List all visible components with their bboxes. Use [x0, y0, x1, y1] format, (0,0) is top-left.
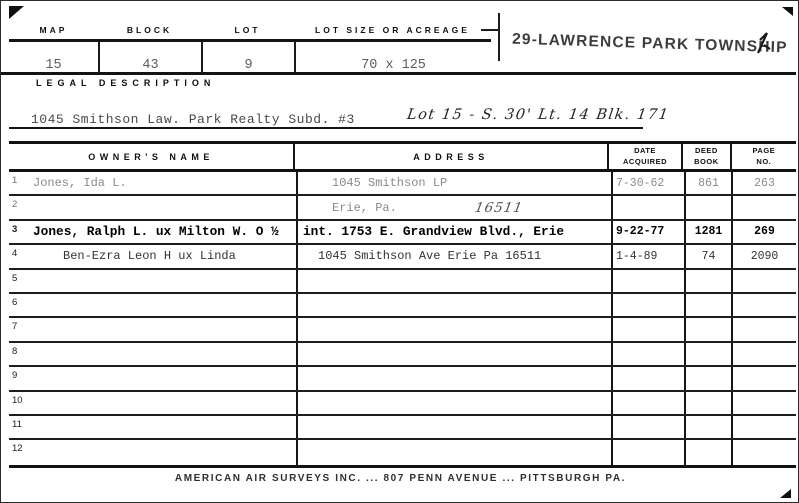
row-number: 12 — [9, 440, 31, 464]
date-acquired-cell — [611, 343, 684, 365]
date-acquired-cell — [611, 270, 684, 292]
legal-description-typed: 1045 Smithson Law. Park Realty Subd. #3 — [31, 112, 355, 127]
address-cell — [296, 294, 611, 316]
date-acquired-cell — [611, 392, 684, 414]
date-acquired-cell: 9-22-77 — [611, 221, 684, 243]
table-row: 2 Erie, Pa. 16511 — [9, 196, 796, 220]
surveyor-footer: AMERICAN AIR SURVEYS INC. ... 807 PENN A… — [1, 473, 799, 484]
table-row: 1 Jones, Ida L. 1045 Smithson LP 7-30-62… — [9, 172, 796, 196]
page-no-cell: 269 — [731, 221, 796, 243]
table-row: 3 Jones, Ralph L. ux Milton W. O ½ int. … — [9, 221, 796, 245]
address-cell — [296, 416, 611, 438]
date-acquired-cell — [611, 196, 684, 218]
row-number: 5 — [9, 270, 31, 292]
row-number: 10 — [9, 392, 31, 414]
lot-size-label: LOT SIZE OR ACREAGE — [294, 25, 491, 39]
date-acquired-cell — [611, 294, 684, 316]
owner-name-cell: Jones, Ida L. — [31, 172, 296, 194]
table-row: 11 — [9, 416, 796, 440]
owner-name-cell — [31, 270, 296, 292]
page-no-cell — [731, 440, 796, 464]
page-no-cell: 263 — [731, 172, 796, 194]
table-row: 10 — [9, 392, 796, 416]
page-no-cell — [731, 294, 796, 316]
row-number: 11 — [9, 416, 31, 438]
map-value: 15 — [9, 42, 98, 75]
legal-description-label: LEGAL DESCRIPTION — [36, 78, 215, 88]
address-cell — [296, 367, 611, 389]
header-field-labels: MAP BLOCK LOT LOT SIZE OR ACREAGE — [9, 25, 491, 42]
township-stamp: 29-LAWRENCE PARK TOWNSHIP — [512, 31, 788, 58]
owner-name-cell — [31, 343, 296, 365]
block-value: 43 — [98, 42, 201, 75]
deed-book-cell — [684, 343, 731, 365]
page-no-cell: 2090 — [731, 245, 796, 267]
table-row: 5 — [9, 270, 796, 294]
lot-value: 9 — [201, 42, 294, 75]
corner-mark-top-left-icon — [9, 6, 24, 19]
legal-description-handwritten: Lot 15 - S. 30' Lt. 14 Blk. 171 — [406, 107, 671, 123]
date-acquired-cell: 7-30-62 — [611, 172, 684, 194]
header-field-values: 15 43 9 70 x 125 — [9, 42, 491, 75]
row-number: 1 — [9, 172, 31, 194]
block-label: BLOCK — [98, 25, 201, 39]
table-row: 8 — [9, 343, 796, 367]
address-cell — [296, 440, 611, 464]
owners-table-rows: 1 Jones, Ida L. 1045 Smithson LP 7-30-62… — [9, 172, 796, 468]
corner-mark-bottom-right-icon — [780, 489, 791, 498]
address-typed: Erie, Pa. — [332, 201, 397, 215]
table-row: 7 — [9, 318, 796, 342]
deed-book-cell: 861 — [684, 172, 731, 194]
page-no-cell — [731, 270, 796, 292]
map-label: MAP — [9, 25, 98, 39]
deed-book-cell — [684, 294, 731, 316]
page-no-cell — [731, 367, 796, 389]
page-no-cell — [731, 196, 796, 218]
owner-name-cell: Ben-Ezra Leon H ux Linda — [31, 245, 296, 267]
date-acquired-cell — [611, 416, 684, 438]
date-acquired-cell — [611, 440, 684, 464]
table-row: 4 Ben-Ezra Leon H ux Linda 1045 Smithson… — [9, 245, 796, 269]
page-no-cell — [731, 416, 796, 438]
owner-name-cell — [31, 440, 296, 464]
township-divider — [498, 13, 500, 61]
date-acquired-cell: 1-4-89 — [611, 245, 684, 267]
owner-name-cell — [31, 318, 296, 340]
row-number: 8 — [9, 343, 31, 365]
deed-book-cell — [684, 318, 731, 340]
address-cell: int. 1753 E. Grandview Blvd., Erie — [296, 221, 611, 243]
address-handwritten-zip: 16511 — [473, 200, 524, 216]
owner-name-cell — [31, 392, 296, 414]
owner-name-cell — [31, 294, 296, 316]
address-header: ADDRESS — [293, 144, 607, 169]
page-no-cell — [731, 392, 796, 414]
lot-label: LOT — [201, 25, 294, 39]
deed-book-cell: 74 — [684, 245, 731, 267]
table-row: 12 — [9, 440, 796, 464]
legal-description-underline — [9, 127, 643, 129]
deed-book-cell — [684, 416, 731, 438]
deed-book-cell — [684, 440, 731, 464]
township-tick — [481, 29, 498, 31]
table-row: 6 — [9, 294, 796, 318]
owners-table: OWNER'S NAME ADDRESS DATE ACQUIRED DEED … — [9, 141, 796, 468]
address-cell: 1045 Smithson Ave Erie Pa 16511 — [296, 245, 611, 267]
row-number: 4 — [9, 245, 31, 267]
property-record-card: MAP BLOCK LOT LOT SIZE OR ACREAGE 15 43 … — [0, 0, 799, 503]
date-acquired-cell — [611, 367, 684, 389]
owner-name-cell — [31, 196, 296, 218]
deed-book-cell — [684, 367, 731, 389]
address-cell — [296, 270, 611, 292]
table-row: 9 — [9, 367, 796, 391]
owners-table-header: OWNER'S NAME ADDRESS DATE ACQUIRED DEED … — [9, 141, 796, 172]
row-number: 9 — [9, 367, 31, 389]
owner-name-cell — [31, 367, 296, 389]
address-cell: 1045 Smithson LP — [296, 172, 611, 194]
owner-name-cell: Jones, Ralph L. ux Milton W. O ½ — [31, 221, 296, 243]
owner-name-header: OWNER'S NAME — [9, 144, 293, 169]
divider-line — [1, 72, 796, 75]
address-cell: Erie, Pa. 16511 — [296, 196, 611, 218]
row-number: 2 — [9, 196, 31, 218]
page-no-header: PAGE NO. — [730, 144, 796, 169]
row-number: 6 — [9, 294, 31, 316]
lot-size-value: 70 x 125 — [294, 42, 491, 75]
address-cell — [296, 318, 611, 340]
deed-book-header: DEED BOOK — [681, 144, 730, 169]
township-box: 29-LAWRENCE PARK TOWNSHIP — [498, 11, 794, 71]
deed-book-cell — [684, 392, 731, 414]
deed-book-cell — [684, 196, 731, 218]
header-fields: MAP BLOCK LOT LOT SIZE OR ACREAGE 15 43 … — [9, 25, 491, 75]
page-no-cell — [731, 318, 796, 340]
address-cell — [296, 343, 611, 365]
owner-name-cell — [31, 416, 296, 438]
date-acquired-cell — [611, 318, 684, 340]
north-arrow-icon — [750, 27, 776, 57]
deed-book-cell — [684, 270, 731, 292]
deed-book-cell: 1281 — [684, 221, 731, 243]
page-no-cell — [731, 343, 796, 365]
address-cell — [296, 392, 611, 414]
date-acquired-header: DATE ACQUIRED — [607, 144, 681, 169]
row-number: 3 — [9, 221, 31, 243]
row-number: 7 — [9, 318, 31, 340]
